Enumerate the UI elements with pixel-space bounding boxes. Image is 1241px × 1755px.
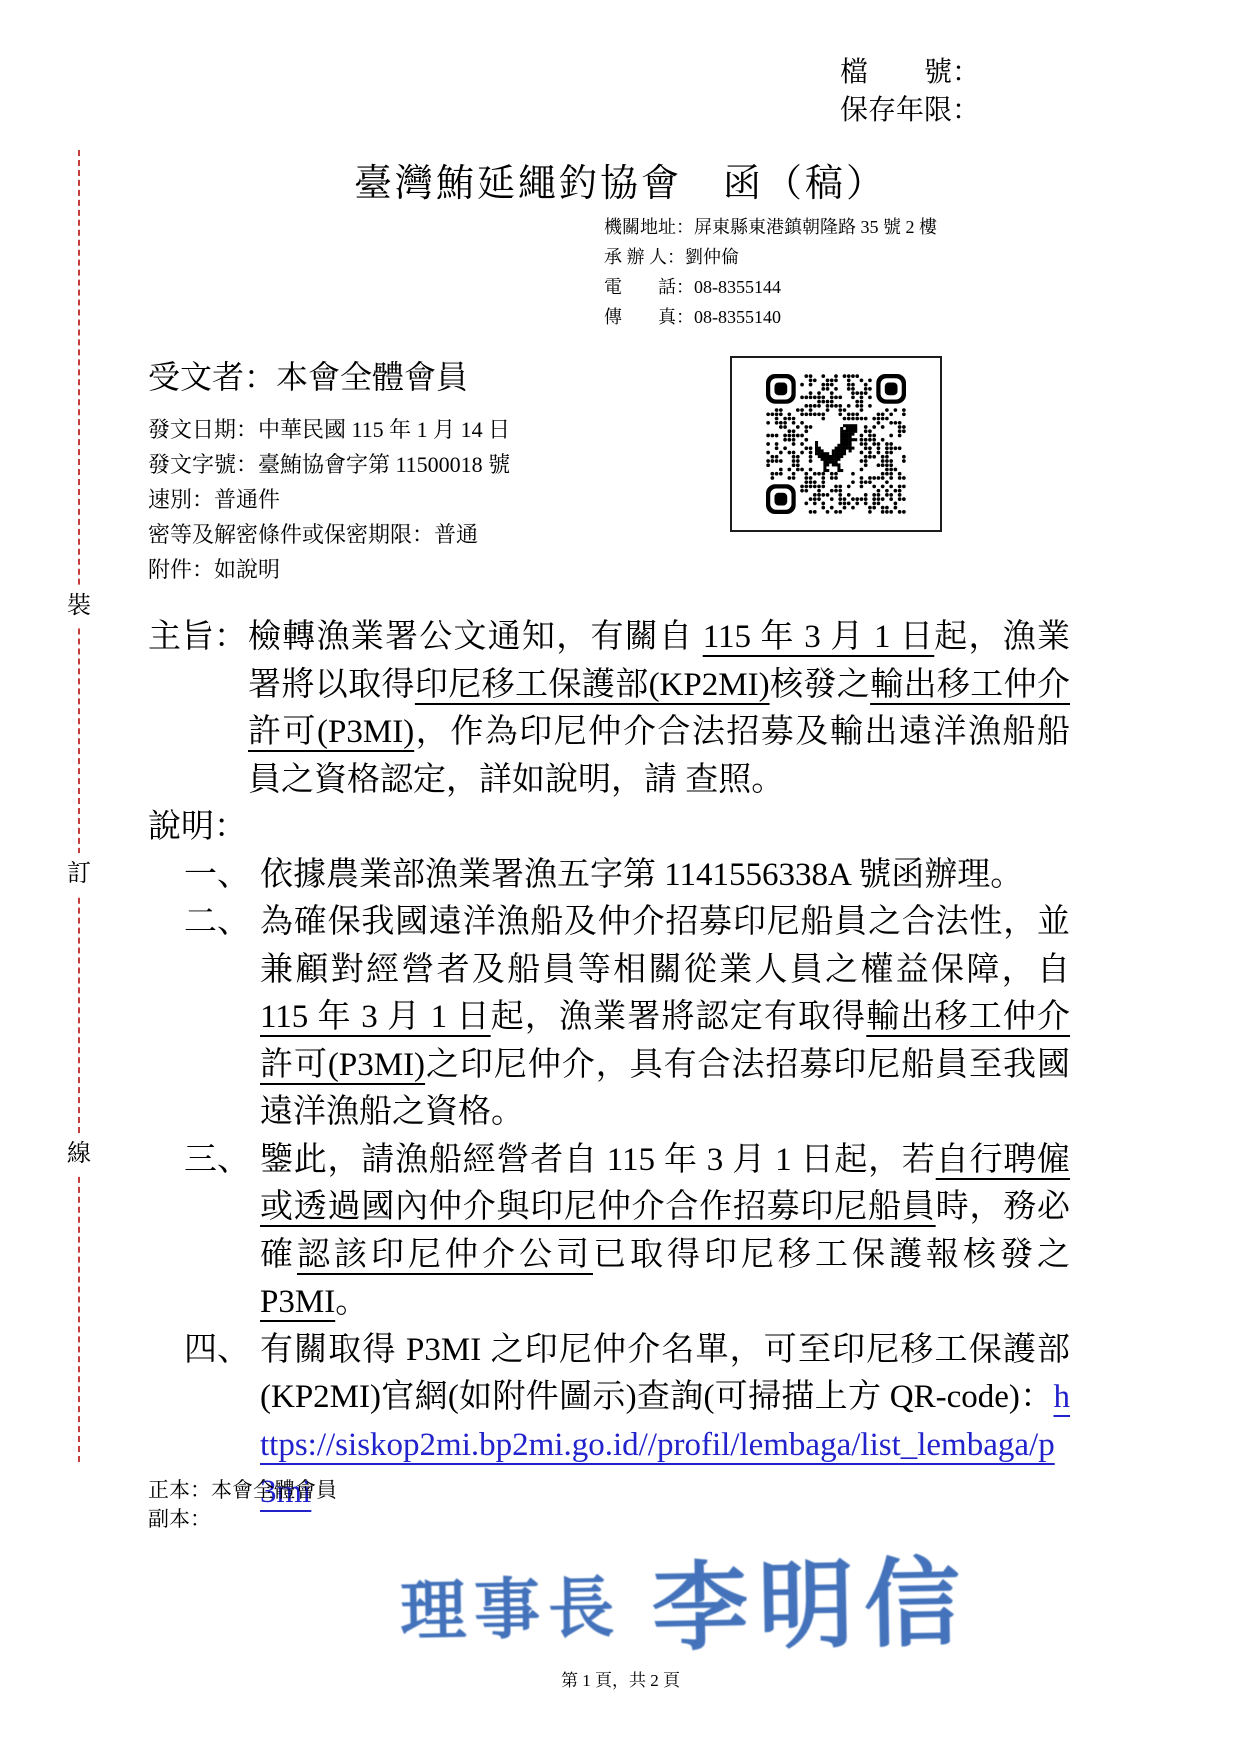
explanation-item-3: 三、鑒此，請漁船經營者自 115 年 3 月 1 日起，若自行聘僱或透過國內仲介… — [148, 1137, 1070, 1327]
subject-label: 主旨： — [148, 614, 248, 804]
text-segment: 已取得印尼移工保護報核發之 — [593, 1237, 1070, 1273]
doc-date: 發文日期：中華民國 115 年 1 月 14 日 — [148, 412, 510, 447]
item-number: 二、 — [148, 899, 260, 1137]
file-number-block: 檔 號： 保存年限： — [840, 54, 980, 130]
attachment-note: 附件：如說明 — [148, 552, 510, 587]
text-segment: 認該印尼仲介公司 — [297, 1237, 593, 1273]
speed-class: 速別：普通件 — [148, 482, 510, 517]
explanation-heading: 說明： — [148, 804, 1070, 852]
text-segment: 鑒此，請漁船經營者自 115 年 3 月 1 日起，若 — [260, 1142, 936, 1178]
text-segment: 。 — [335, 1284, 368, 1320]
qr-code-image — [766, 374, 906, 514]
binding-mark-2: 訂 — [65, 853, 93, 895]
text-segment: 為確保我國遠洋漁船及仲介招募印尼船員之合法性，並兼顧對經營者及船員等相關從業人員… — [260, 904, 1070, 988]
text-segment: 核發之 — [770, 667, 871, 703]
text-segment: 印尼移工保護部(KP2MI) — [415, 667, 770, 703]
doc-title: 臺灣鮪延繩釣協會 函（稿） — [0, 152, 1241, 207]
item-text: 鑒此，請漁船經營者自 115 年 3 月 1 日起，若自行聘僱或透過國內仲介與印… — [260, 1137, 1070, 1327]
stamp-title: 理事長 — [399, 1554, 623, 1653]
subject-row: 主旨： 檢轉漁業署公文通知，有關自 115 年 3 月 1 日起，漁業署將以取得… — [148, 614, 1070, 804]
text-segment: 起，漁業署將認定有取得 — [491, 999, 867, 1035]
page-footer: 第 1 頁，共 2 頁 — [0, 1666, 1241, 1691]
item-text: 依據農業部漁業署漁五字第 1141556338A 號函辦理。 — [260, 852, 1070, 900]
explanation-items: 一、依據農業部漁業署漁五字第 1141556338A 號函辦理。二、為確保我國遠… — [148, 852, 1070, 1517]
retention-period-label: 保存年限： — [840, 92, 980, 130]
item-number: 三、 — [148, 1137, 260, 1327]
item-number: 一、 — [148, 852, 260, 900]
text-segment: 有關取得 P3MI 之印尼仲介名單，可至印尼移工保護部(KP2MI)官網(如附件… — [260, 1332, 1070, 1416]
item-text: 為確保我國遠洋漁船及仲介招募印尼船員之合法性，並兼顧對經營者及船員等相關從業人員… — [260, 899, 1070, 1137]
agency-info-block: 機關地址：屏東縣東港鎮朝隆路 35 號 2 樓 承 辦 人：劉仲倫 電 話：08… — [604, 212, 937, 332]
text-segment: P3MI — [260, 1284, 335, 1320]
text-segment: 依據農業部漁業署漁五字第 1141556338A 號函辦理。 — [260, 857, 1023, 893]
agency-phone: 電 話：08-8355144 — [604, 272, 937, 302]
letter-body: 主旨： 檢轉漁業署公文通知，有關自 115 年 3 月 1 日起，漁業署將以取得… — [148, 614, 1070, 1517]
item-text: 有關取得 P3MI 之印尼仲介名單，可至印尼移工保護部(KP2MI)官網(如附件… — [260, 1327, 1070, 1517]
text-segment: 115 年 3 月 1 日 — [260, 999, 491, 1035]
official-letter-page: 裝訂線 檔 號： 保存年限： 臺灣鮪延繩釣協會 函（稿） 機關地址：屏東縣東港鎮… — [0, 0, 1241, 1755]
subject-text: 檢轉漁業署公文通知，有關自 115 年 3 月 1 日起，漁業署將以取得印尼移工… — [248, 614, 1070, 804]
explanation-item-1: 一、依據農業部漁業署漁五字第 1141556338A 號函辦理。 — [148, 852, 1070, 900]
doc-number: 發文字號：臺鮪協會字第 11500018 號 — [148, 447, 510, 482]
file-number-label: 檔 號： — [840, 54, 980, 92]
original-copy-line: 正本：本會全體會員 — [148, 1476, 337, 1505]
security-class: 密等及解密條件或保密期限：普通 — [148, 517, 510, 552]
text-segment: 115 年 3 月 1 日 — [703, 619, 935, 655]
cc-copy-line: 副本： — [148, 1505, 337, 1534]
stamp-name: 李明信 — [651, 1527, 971, 1670]
chairman-signature-stamp: 理事長 李明信 — [399, 1527, 971, 1674]
agency-contact-person: 承 辦 人：劉仲倫 — [604, 242, 937, 272]
binding-mark-3: 線 — [65, 1133, 93, 1175]
agency-address: 機關地址：屏東縣東港鎮朝隆路 35 號 2 樓 — [604, 212, 937, 242]
agency-fax: 傳 真：08-8355140 — [604, 302, 937, 332]
doc-meta-block: 發文日期：中華民國 115 年 1 月 14 日 發文字號：臺鮪協會字第 115… — [148, 412, 510, 587]
text-segment: 檢轉漁業署公文通知，有關自 — [248, 619, 703, 655]
copies-block: 正本：本會全體會員 副本： — [148, 1476, 337, 1534]
explanation-item-2: 二、為確保我國遠洋漁船及仲介招募印尼船員之合法性，並兼顧對經營者及船員等相關從業… — [148, 899, 1070, 1137]
recipient-line: 受文者：本會全體會員 — [148, 352, 468, 398]
binding-edge-dashed-line — [78, 150, 80, 1462]
binding-mark-1: 裝 — [65, 585, 93, 627]
qr-code — [730, 356, 942, 532]
